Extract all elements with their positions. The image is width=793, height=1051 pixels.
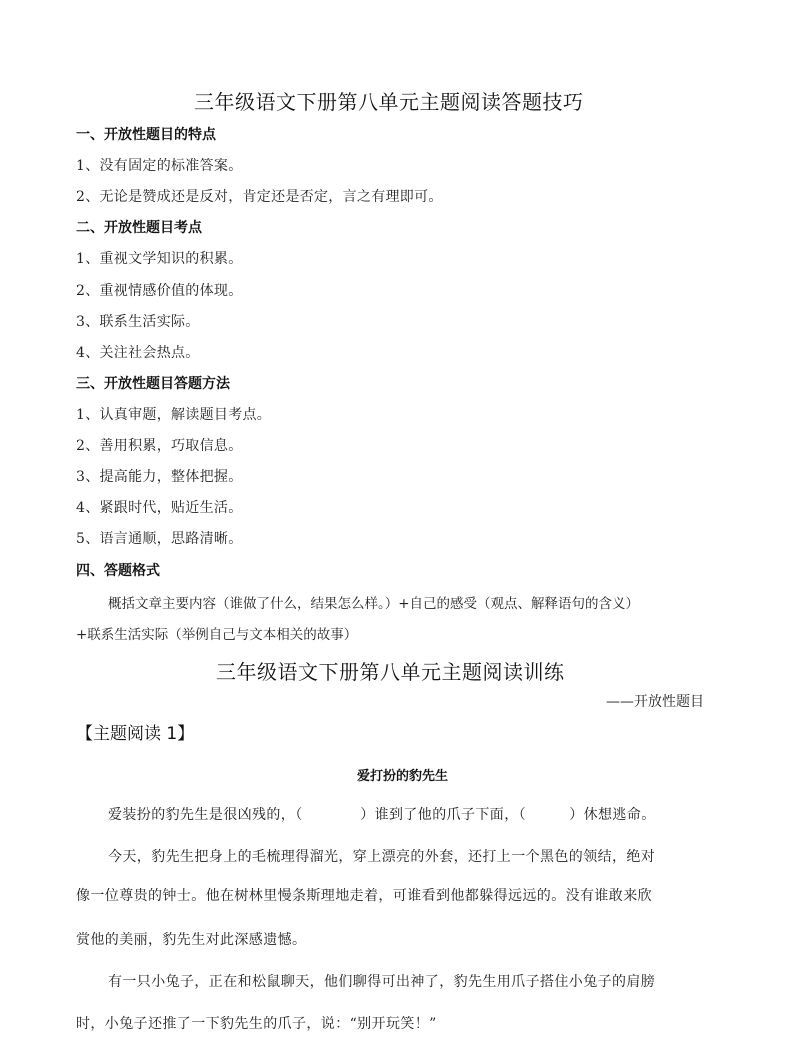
story-paragraph-2-line-2: 像一位尊贵的钟士。他在树林里慢条斯理地走着，可谁看到他都躲得远远的。没有谁敢来欣 <box>76 885 652 905</box>
training-subtitle: ——开放性题目 <box>606 691 704 711</box>
section-heading-2: 二、开放性题目考点 <box>76 217 202 237</box>
answer-format-line-2: +联系生活实际（举例自己与文本相关的故事） <box>76 623 357 643</box>
list-item: 1、没有固定的标准答案。 <box>76 155 243 175</box>
story-paragraph-3-line-2: 时，小兔子还推了一下豹先生的爪子，说：“别开玩笑！” <box>76 1013 437 1033</box>
list-item: 5、语言通顺，思路清晰。 <box>76 528 243 548</box>
story-title: 爱打扮的豹先生 <box>357 765 448 784</box>
story-paragraph-1: 爱装扮的豹先生是很凶残的，（ ）谁到了他的爪子下面，（ ）休想逃命。 <box>108 804 656 824</box>
list-item: 3、提高能力，整体把握。 <box>76 466 243 486</box>
training-title: 三年级语文下册第八单元主题阅读训练 <box>216 656 565 685</box>
list-item: 1、重视文学知识的积累。 <box>76 248 243 268</box>
list-item: 1、认真审题，解读题目考点。 <box>76 404 271 424</box>
story-paragraph-2-line-1: 今天，豹先生把身上的毛梳理得溜光，穿上漂亮的外套，还打上一个黑色的领结，绝对 <box>108 846 655 866</box>
section-heading-3: 三、开放性题目答题方法 <box>76 373 230 393</box>
answer-format-line-1: 概括文章主要内容（谁做了什么，结果怎么样。）+自己的感受（观点、解释语句的含义） <box>108 592 639 612</box>
list-item: 2、重视情感价值的体现。 <box>76 280 243 300</box>
story-paragraph-2-line-3: 赏他的美丽，豹先生对此深感遗憾。 <box>76 929 306 949</box>
reading-label: 【主题阅读 1】 <box>76 719 194 744</box>
story-paragraph-3-line-1: 有一只小兔子，正在和松鼠聊天，他们聊得可出神了，豹先生用爪子搭住小兔子的肩膀 <box>108 971 655 991</box>
list-item: 2、无论是赞成还是反对，肯定还是否定，言之有理即可。 <box>76 186 443 206</box>
list-item: 2、善用积累，巧取信息。 <box>76 435 243 455</box>
list-item: 4、紧跟时代，贴近生活。 <box>76 497 243 517</box>
page-title: 三年级语文下册第八单元主题阅读答题技巧 <box>194 86 584 115</box>
list-item: 3、联系生活实际。 <box>76 311 200 331</box>
section-heading-4: 四、答题格式 <box>76 560 160 580</box>
list-item: 4、关注社会热点。 <box>76 342 200 362</box>
section-heading-1: 一、开放性题目的特点 <box>76 124 216 144</box>
